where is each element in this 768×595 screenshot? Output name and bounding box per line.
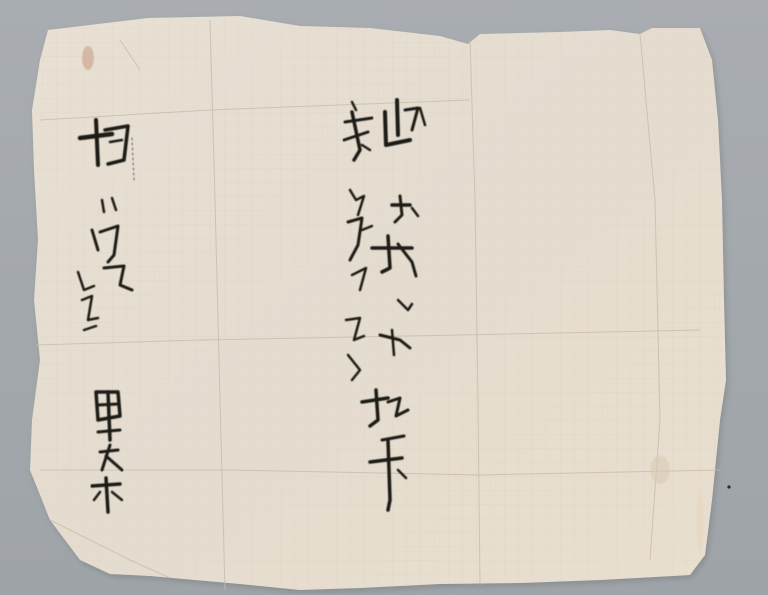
- document-photo: [0, 0, 768, 595]
- paper-sheet: [30, 16, 726, 590]
- photo-stage: historical handwritten letter ink on cru…: [0, 0, 768, 595]
